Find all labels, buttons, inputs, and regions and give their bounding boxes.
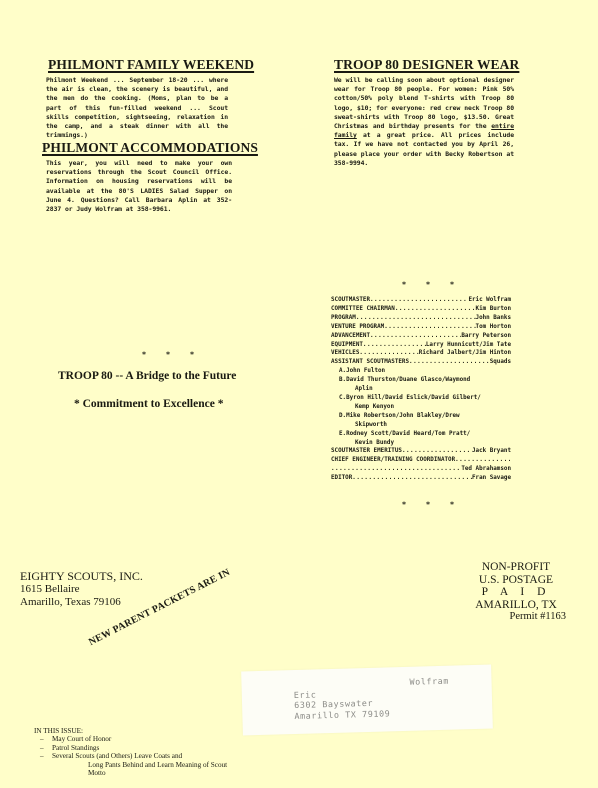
issue-item: –May Court of Honor xyxy=(40,735,234,743)
recipient-last-name: Wolfram xyxy=(409,676,449,687)
dash-bullet: – xyxy=(40,752,52,777)
postage-paid: P A I D xyxy=(446,586,586,599)
roster-name: Richard Jalbert/Jim Hinton xyxy=(419,349,511,358)
roster-position: SCOUTMASTER xyxy=(331,296,370,305)
issue-list: –May Court of Honor–Patrol Standings–Sev… xyxy=(34,735,234,777)
recipient-city: Amarillo TX 79109 xyxy=(294,708,390,721)
separator-stars: * * * xyxy=(142,350,203,359)
dot-leader xyxy=(455,456,511,465)
troop-roster: SCOUTMASTER Eric WolframCOMMITTEE CHAIRM… xyxy=(331,296,511,483)
dot-leader xyxy=(359,349,418,358)
roster-name: Kim Burton xyxy=(476,305,511,314)
article-heading: TROOP 80 DESIGNER WEAR xyxy=(334,57,514,73)
article-body: Philmont Weekend ... September 18-20 ...… xyxy=(46,76,228,140)
roster-name: Barry Peterson xyxy=(461,332,511,341)
roster-row: SCOUTMASTER EMERITUS Jack Bryant xyxy=(331,447,511,456)
dot-leader xyxy=(363,341,426,350)
in-this-issue-heading: IN THIS ISSUE: xyxy=(34,727,234,735)
separator-stars: * * * xyxy=(402,500,463,509)
roster-name: Tom Horton xyxy=(476,323,511,332)
issue-item: –Several Scouts (and Others) Leave Coats… xyxy=(40,752,234,777)
roster-position: PROGRAM xyxy=(331,314,356,323)
postage-line: U.S. POSTAGE xyxy=(446,574,586,587)
roster-position: SCOUTMASTER EMERITUS xyxy=(331,447,402,456)
roster-row: PROGRAM John Banks xyxy=(331,314,511,323)
roster-name: Ted Abrahamson xyxy=(461,465,511,474)
roster-position: EDITOR xyxy=(331,474,352,483)
street: 1615 Bellaire xyxy=(20,583,143,596)
body-text: We will be calling soon about optional d… xyxy=(334,76,514,130)
roster-additional: SCOUTMASTER EMERITUS Jack BryantCHIEF EN… xyxy=(331,447,511,483)
return-address: EIGHTY SCOUTS, INC. 1615 Bellaire Amaril… xyxy=(20,570,143,609)
roster-position: ASSISTANT SCOUTMASTERS xyxy=(331,358,409,367)
dot-leader xyxy=(384,323,475,332)
roster-position: CHIEF ENGINEER/TRAINING COORDINATOR xyxy=(331,456,455,465)
postage-indicia: NON-PROFIT U.S. POSTAGE P A I D AMARILLO… xyxy=(446,561,586,624)
dash-bullet: – xyxy=(40,744,52,752)
roster-position: ADVANCEMENT xyxy=(331,332,370,341)
article-body: We will be calling soon about optional d… xyxy=(334,76,514,168)
dot-leader xyxy=(402,447,472,456)
issue-item-text: May Court of Honor xyxy=(52,735,234,743)
roster-position: VEHICLES xyxy=(331,349,359,358)
dash-bullet: – xyxy=(40,735,52,743)
slogan-bridge: TROOP 80 -- A Bridge to the Future xyxy=(58,370,236,382)
squad-entry: D.Mike Robertson/John Blakley/DrewSkipwo… xyxy=(331,412,511,430)
issue-item: –Patrol Standings xyxy=(40,744,234,752)
dot-leader xyxy=(356,314,476,323)
dot-leader xyxy=(370,332,461,341)
postage-line: AMARILLO, TX xyxy=(446,599,586,612)
mailing-label: Wolfram Eric 6302 Bayswater Amarillo TX … xyxy=(241,665,493,736)
roster-name: Eric Wolfram xyxy=(468,296,511,305)
philmont-family-weekend-article: PHILMONT FAMILY WEEKEND Philmont Weekend… xyxy=(46,57,242,140)
roster-position: VENTURE PROGRAM xyxy=(331,323,384,332)
dot-leader xyxy=(331,465,461,474)
issue-item-text: Several Scouts (and Others) Leave Coats … xyxy=(52,752,234,777)
roster-position: COMMITTEE CHAIRMAN xyxy=(331,305,395,314)
body-text: at a great price. All prices include tax… xyxy=(334,131,514,167)
dot-leader xyxy=(395,305,476,314)
dot-leader xyxy=(370,296,468,305)
squad-entry: B.David Thurston/Duane Glasco/WaymondApl… xyxy=(331,376,511,394)
article-body: This year, you will need to make your ow… xyxy=(42,159,232,214)
org-name: EIGHTY SCOUTS, INC. xyxy=(20,570,143,583)
philmont-accommodations-article: PHILMONT ACCOMMODATIONS This year, you w… xyxy=(42,140,242,214)
roster-row: ADVANCEMENT Barry Peterson xyxy=(331,332,511,341)
roster-name: Larry Hunnicutt/Jim Tate xyxy=(426,341,511,350)
in-this-issue: IN THIS ISSUE: –May Court of Honor–Patro… xyxy=(34,727,234,777)
roster-name: John Banks xyxy=(476,314,511,323)
separator-stars: * * * xyxy=(402,280,463,289)
article-heading: PHILMONT ACCOMMODATIONS xyxy=(42,140,242,156)
squad-entry: A.John Fulton xyxy=(331,367,511,376)
roster-name: Squads xyxy=(490,358,511,367)
squad-entry: E.Rodney Scott/David Heard/Tom Pratt/Kev… xyxy=(331,430,511,448)
roster-row: VENTURE PROGRAMTom Horton xyxy=(331,323,511,332)
roster-row: COMMITTEE CHAIRMAN Kim Burton xyxy=(331,305,511,314)
roster-position: EQUIPMENT xyxy=(331,341,363,350)
roster-row: VEHICLES Richard Jalbert/Jim Hinton xyxy=(331,349,511,358)
postage-line: NON-PROFIT xyxy=(446,561,586,574)
city: Amarillo, Texas 79106 xyxy=(20,596,143,609)
roster-name: Fran Savage xyxy=(472,474,511,483)
roster-row: ASSISTANT SCOUTMASTERS Squads xyxy=(331,358,511,367)
recipient-first-name: Eric xyxy=(294,689,317,700)
roster-squads: A.John FultonB.David Thurston/Duane Glas… xyxy=(331,367,511,447)
squad-entry: C.Byron Hill/David Eslick/David Gilbert/… xyxy=(331,394,511,412)
roster-name: Jack Bryant xyxy=(472,447,511,456)
article-heading: PHILMONT FAMILY WEEKEND xyxy=(46,57,242,73)
issue-item-text: Patrol Standings xyxy=(52,744,234,752)
designer-wear-article: TROOP 80 DESIGNER WEAR We will be callin… xyxy=(334,57,544,168)
dot-leader xyxy=(352,474,472,483)
slogan-commitment: * Commitment to Excellence * xyxy=(74,398,223,410)
roster-row: EDITOR Fran Savage xyxy=(331,474,511,483)
roster-positions: SCOUTMASTER Eric WolframCOMMITTEE CHAIRM… xyxy=(331,296,511,367)
postage-permit: Permit #1163 xyxy=(446,611,586,624)
roster-row: SCOUTMASTER Eric Wolfram xyxy=(331,296,511,305)
roster-row: CHIEF ENGINEER/TRAINING COORDINATOR xyxy=(331,456,511,465)
dot-leader xyxy=(409,358,490,367)
roster-row: EQUIPMENT Larry Hunnicutt/Jim Tate xyxy=(331,341,511,350)
roster-row: Ted Abrahamson xyxy=(331,465,511,474)
